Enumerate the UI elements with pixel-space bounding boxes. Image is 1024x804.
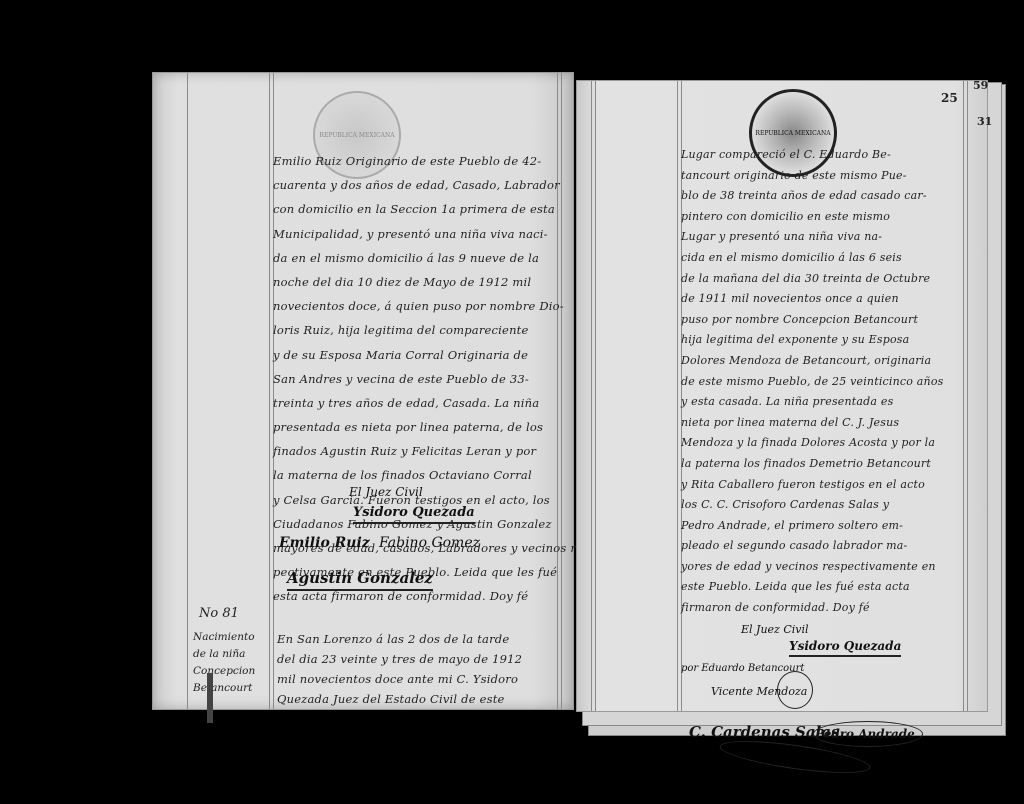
margin-rule — [187, 73, 188, 709]
margin-rule — [963, 81, 968, 711]
next-entry-text: En San Lorenzo á las 2 dos de la tarde d… — [277, 629, 522, 709]
signature-flourish — [777, 671, 813, 709]
judge-signature: Ysidoro Quezada — [353, 505, 475, 524]
closing-text: El Juez Civil — [741, 623, 809, 636]
signature-flourish — [813, 721, 923, 747]
signature-agustin-gonzalez: Agustin Gonzalez — [287, 569, 433, 591]
signature-emilio-ruiz: Emilio Ruiz — [279, 535, 370, 551]
signature-fabino-gomez: Fabino Gomez — [379, 535, 480, 551]
closing-text: El Juez Civil — [349, 485, 423, 499]
right-body-text: Lugar compareció el C. Eduardo Be- tanco… — [681, 145, 944, 619]
page-number: 25 — [941, 91, 958, 105]
judge-signature: Ysidoro Quezada — [789, 639, 901, 657]
stacked-page-number: 31 — [977, 115, 992, 128]
right-page: 25 31 59 REPUBLICA MEXICANA Lugar compar… — [576, 80, 988, 712]
left-page: REPUBLICA MEXICANA Emilio Ruiz Originari… — [152, 72, 574, 710]
entry-number: No 81 — [199, 605, 239, 622]
margin-note: Nacimiento de la niña Concepcion Betanco… — [193, 629, 255, 697]
stacked-page-number: 59 — [973, 79, 988, 92]
bookmark-tab — [207, 673, 213, 723]
margin-rule — [591, 81, 596, 711]
